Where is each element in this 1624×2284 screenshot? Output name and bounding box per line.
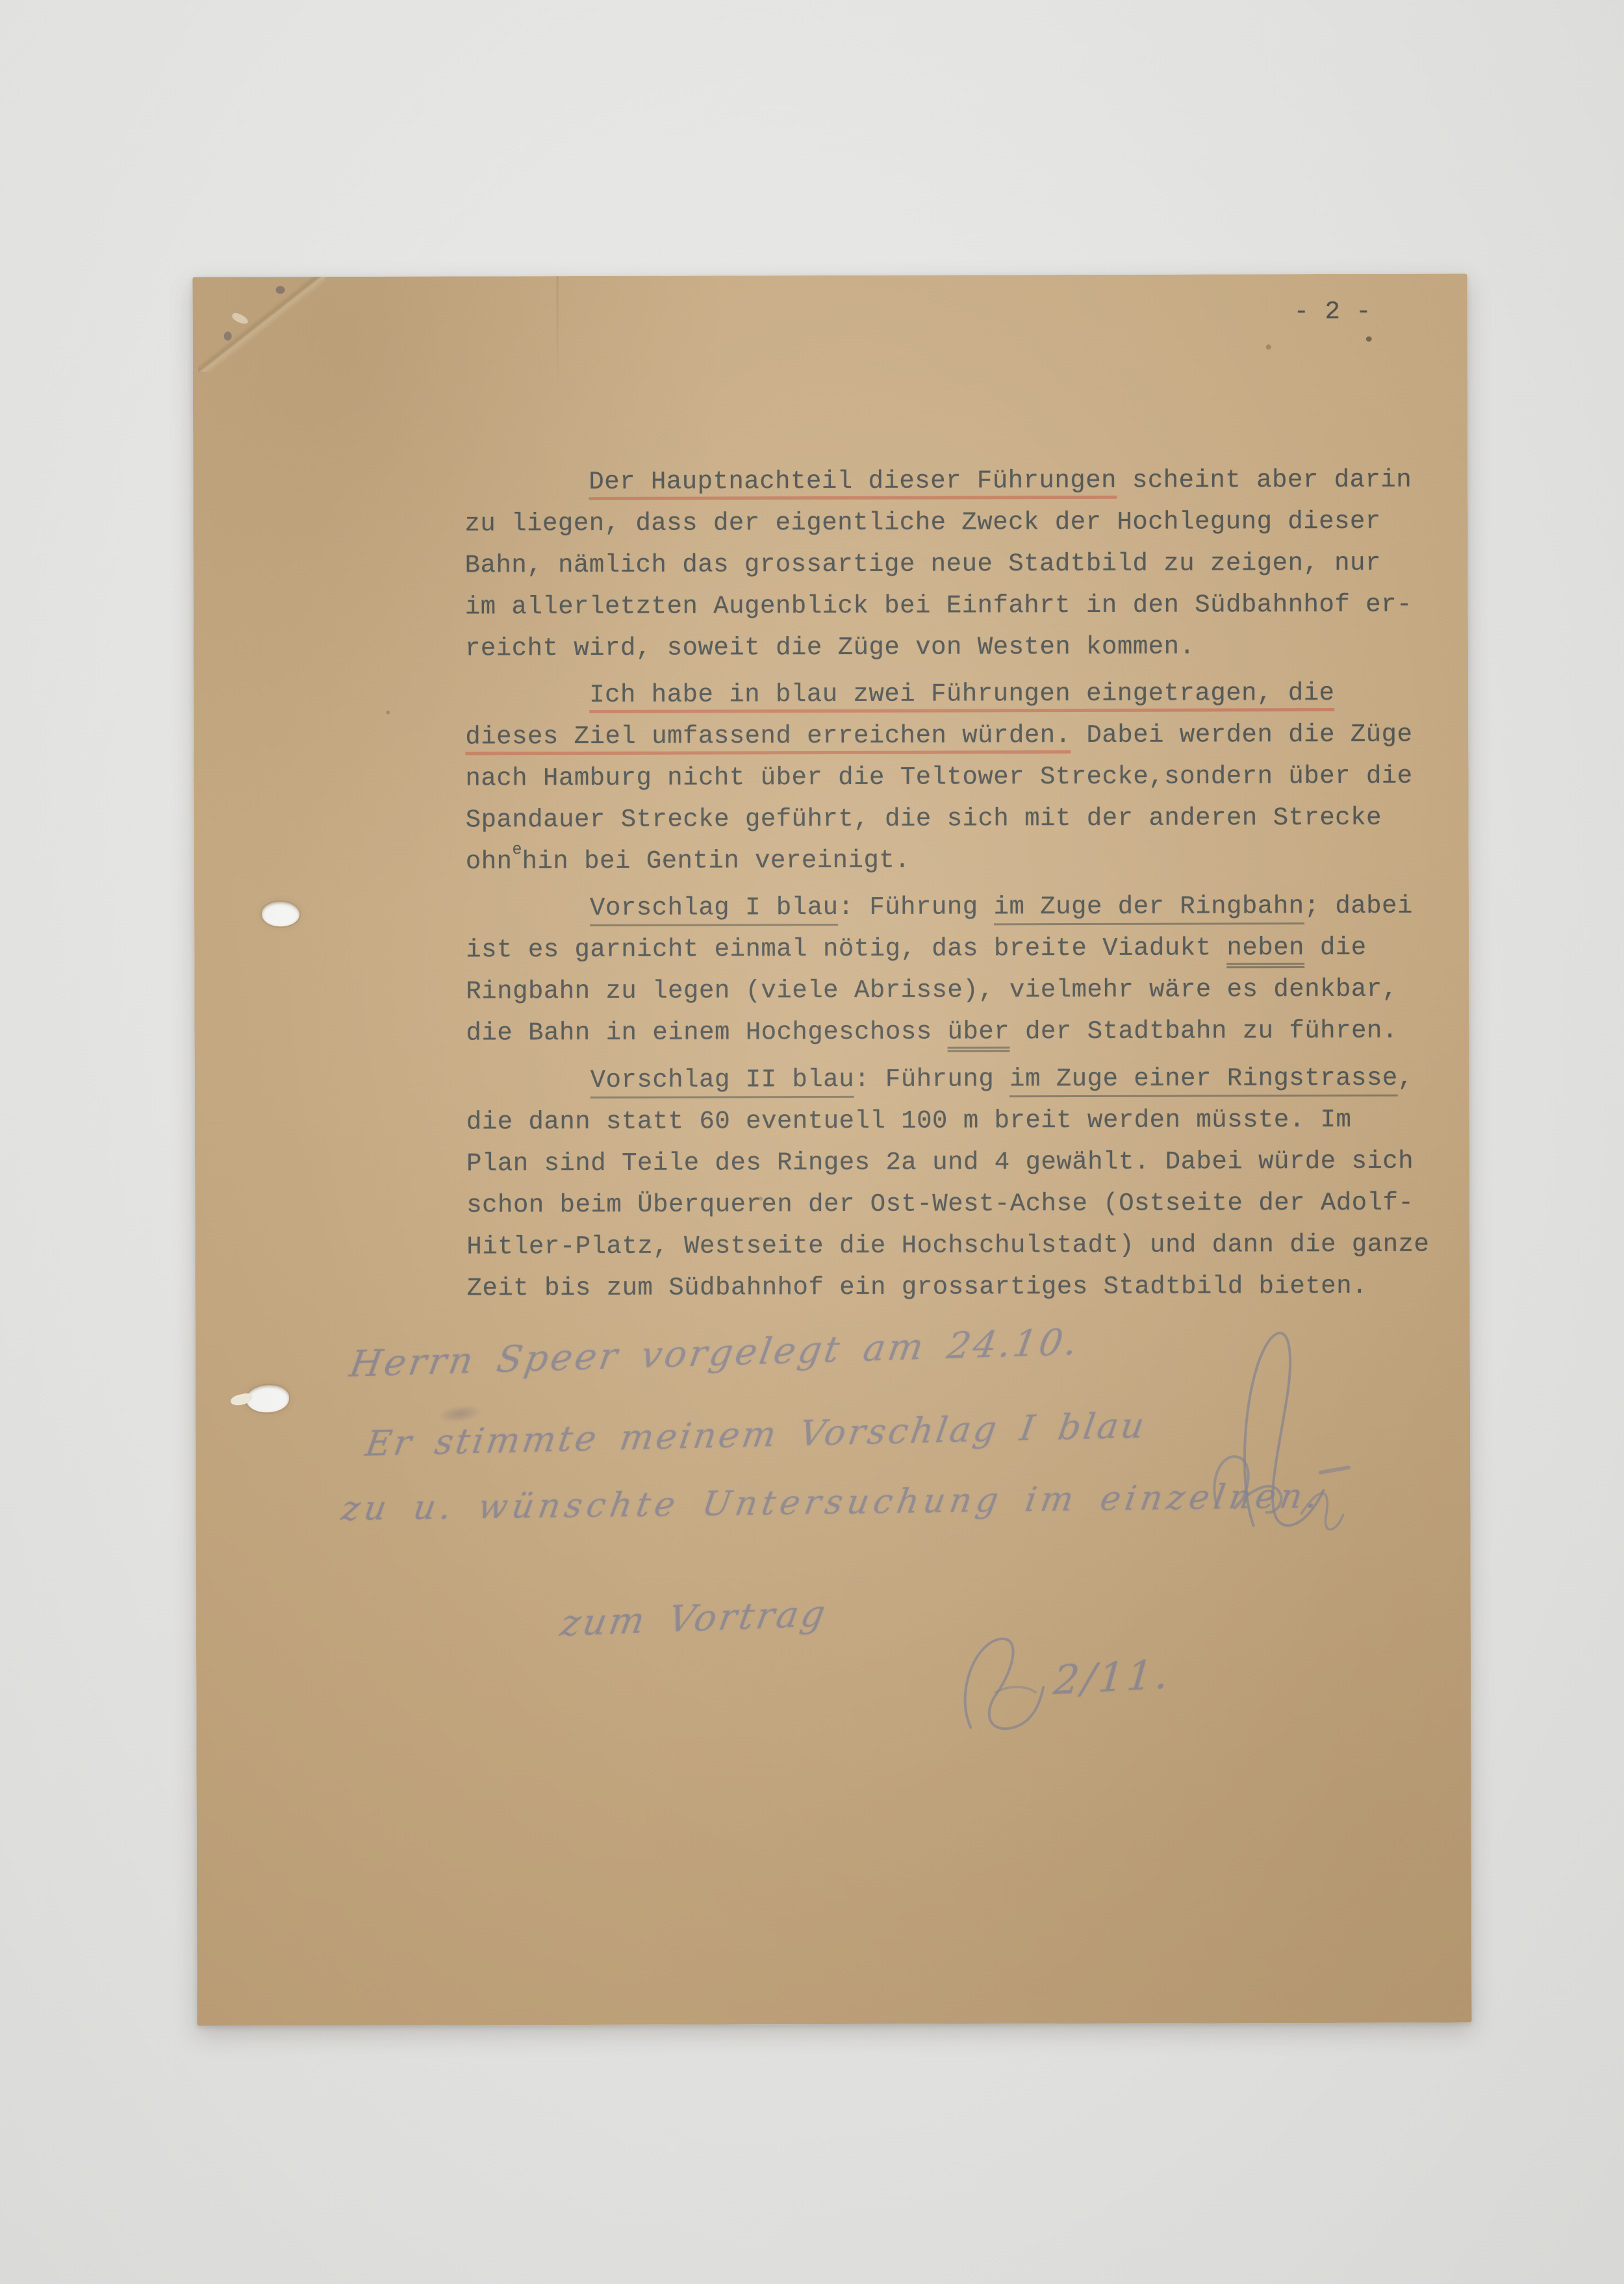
typed-paragraph: Vorschlag II blau: Führung im Zuge einer… [466,1058,1441,1310]
typed-line: schon beim Überqueren der Ost-West-Achse… [466,1182,1441,1226]
typed-text: die Bahn in einem Hochgeschoss [466,1018,947,1048]
typed-text: Hitler-Platz, Westseite die Hochschulsta… [466,1230,1429,1262]
typed-text: : Führung [854,1065,1009,1094]
underlined-text: Vorschlag II blau [590,1065,855,1098]
scan-background: { "document": { "page_number": "- 2 -" }… [0,0,1624,2284]
typed-line: zu liegen, dass der eigentliche Zweck de… [464,501,1439,545]
typed-text: reicht wird, soweit die Züge von Westen … [465,633,1195,663]
typed-line: ohnehin bei Gentin vereinigt. [466,839,1440,883]
typed-line: Spandauer Strecke geführt, die sich mit … [466,797,1440,841]
typed-line: ist es garnicht einmal nötig, das breite… [466,927,1440,971]
typed-line: die Bahn in einem Hochgeschoss über der … [466,1010,1440,1054]
typed-text: nach Hamburg nicht über die Teltower Str… [465,762,1412,793]
underlined-text: über [947,1017,1009,1052]
underlined-text: dieses Ziel umfassend erreichen würden. [465,721,1071,755]
typed-paragraphs: Der Hauptnachteil dieser Führungen schei… [192,273,1467,277]
typed-line: Hitler-Platz, Westseite die Hochschulsta… [466,1224,1441,1268]
page-number: - 2 - [1294,298,1372,326]
typed-text: die dann statt 60 eventuell 100 m breit … [466,1106,1352,1137]
typed-text: hin bei Gentin vereinigt. [522,846,911,876]
typed-text: im allerletzten Augenblick bei Einfahrt … [465,590,1412,622]
typed-paragraph: Vorschlag I blau: Führung im Zuge der Ri… [466,885,1441,1054]
underlined-text: Vorschlag I blau [590,893,839,926]
typed-line: reicht wird, soweit die Züge von Westen … [465,626,1440,670]
ink-dot [1366,336,1372,342]
typed-line: Bahn, nämlich das grossartige neue Stadt… [465,542,1440,587]
typed-text: Plan sind Teile des Ringes 2a und 4 gewä… [466,1147,1414,1178]
typed-text: e [512,840,522,859]
typed-line: Ringbahn zu legen (viele Abrisse), vielm… [466,969,1440,1013]
underlined-text: Ich habe in blau zwei Führungen eingetra… [589,679,1335,713]
typed-text: ist es garnicht einmal nötig, das breite… [466,933,1226,964]
typed-line: Zeit bis zum Südbahnhof ein grossartiges… [466,1265,1441,1310]
scanned-document-page: - 2 - Der Hauptnachteil dieser Führungen… [192,273,1471,2025]
typed-text: Ringbahn zu legen (viele Abrisse), vielm… [466,975,1397,1006]
underlined-text: neben [1226,933,1304,968]
handwriting-date: 2/11. [1052,1650,1173,1704]
typed-text: ohn [466,847,513,876]
typed-line: Vorschlag II blau: Führung im Zuge einer… [466,1058,1441,1102]
typed-text: Dabei werden die Züge [1071,720,1413,750]
typed-text: Spandauer Strecke geführt, die sich mit … [466,804,1382,835]
typed-text-layer: - 2 - Der Hauptnachteil dieser Führungen… [192,273,1471,2025]
typed-line: Vorschlag I blau: Führung im Zuge der Ri… [466,885,1440,930]
typed-line: dieses Ziel umfassend erreichen würden. … [465,714,1440,758]
typed-text: zu liegen, dass der eigentliche Zweck de… [464,507,1380,539]
typed-text: : Führung [838,893,993,922]
typed-text: Zeit bis zum Südbahnhof ein grossartiges… [466,1272,1367,1303]
underlined-text: im Zuge der Ringbahn [993,892,1304,925]
underlined-text: im Zuge einer Ringstrasse [1009,1064,1398,1098]
typed-text: der Stadtbahn zu führen. [1009,1017,1398,1047]
typed-line: Der Hauptnachteil dieser Führungen schei… [464,459,1439,503]
typed-line: nach Hamburg nicht über die Teltower Str… [465,755,1440,800]
underlined-text: Der Hauptnachteil dieser Führungen [589,466,1117,500]
typed-text: Bahn, nämlich das grossartige neue Stadt… [465,549,1381,580]
typed-text: scheint aber darin [1117,466,1412,495]
typed-line: Plan sind Teile des Ringes 2a und 4 gewä… [466,1141,1441,1185]
typed-text: ; dabei [1304,892,1413,920]
typed-paragraph: Der Hauptnachteil dieser Führungen schei… [464,459,1440,670]
typed-line: die dann statt 60 eventuell 100 m breit … [466,1099,1441,1143]
typed-text: schon beim Überqueren der Ost-West-Achse… [466,1189,1414,1220]
typed-line: im allerletzten Augenblick bei Einfahrt … [465,584,1440,628]
typed-text: die [1304,933,1367,962]
typed-line: Ich habe in blau zwei Führungen eingetra… [465,672,1440,717]
typed-paragraph: Ich habe in blau zwei Führungen eingetra… [465,672,1440,883]
typed-text: , [1398,1064,1414,1093]
